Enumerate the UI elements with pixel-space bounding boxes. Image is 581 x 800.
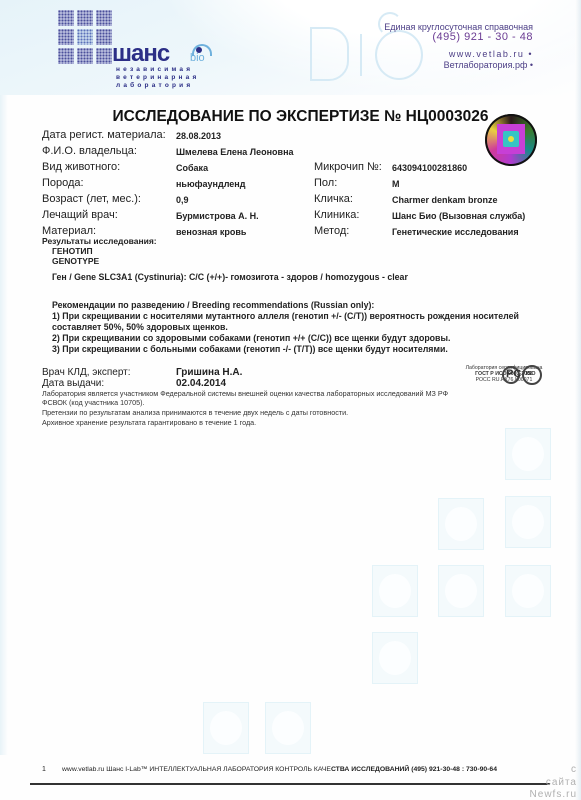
footer-rule [30,783,550,785]
paper-watermark [438,498,484,550]
paper-watermark [505,428,551,480]
field-label-owner: Ф.И.О. владельца: [42,145,137,157]
page-number: 1 [42,766,46,773]
logo-tagline: лаборатория [116,82,193,89]
website-link[interactable]: www.vetlab.ru • [449,49,533,59]
field-value-age: 0,9 [176,195,189,205]
note-line: ФСВОК (код участника 10705). [42,398,145,407]
results-heading: Результаты исследования: [42,236,157,246]
site-watermark: сайта [546,777,577,788]
paper-watermark [203,702,249,754]
field-value-sex: М [392,179,400,189]
note-line: Архивное хранение результата гарантирова… [42,418,256,427]
recommendation-item: 1) При скрещивании с носителями мутантно… [52,311,519,321]
paper-watermark [372,632,418,684]
field-value-microchip: 643094100281860 [392,163,467,173]
page-edge [0,95,8,755]
paper-watermark [438,565,484,617]
website-rf-link[interactable]: Ветлаборатория.рф • [444,60,533,70]
recommendation-item: 3) При скрещивании с больными собаками (… [52,344,448,354]
field-label-method: Метод: [314,225,349,237]
hologram-seal-icon [485,114,537,166]
issue-date: 02.04.2014 [176,378,226,389]
field-value-registration-date: 28.08.2013 [176,131,221,141]
field-label-clinic: Клиника: [314,209,359,221]
field-value-clinic: Шанс Био (Вызовная служба) [392,211,525,221]
logo-tagline: ветеринарная [116,74,199,81]
field-value-doctor: Бурмистрова А. Н. [176,211,259,221]
field-label-registration-date: Дата регист. материала: [42,129,166,141]
recommendation-item: составляет 50%, 50% здоровых щенков. [52,322,228,332]
field-label-microchip: Микрочип №: [314,161,382,173]
paper-watermark [265,702,311,754]
logo-wordmark: шанс [112,40,169,68]
field-value-name: Charmer denkam bronze [392,195,498,205]
field-label-name: Кличка: [314,193,353,205]
field-value-species: Собака [176,163,208,173]
expert-label: Врач КЛД, эксперт: [42,367,131,378]
field-value-method: Генетические исследования [392,227,519,237]
recommendation-item: 2) При скрещивании со здоровыми собаками… [52,333,450,343]
iso-certification-icon: ISO [522,365,542,385]
field-label-species: Вид животного: [42,161,120,173]
issue-date-label: Дата выдачи: [42,378,104,389]
footer-text: www.vetlab.ru Шанс I-Lab™ ИНТЕЛЛЕКТУАЛЬН… [62,766,497,773]
field-label-doctor: Лечащий врач: [42,209,118,221]
paper-watermark [505,565,551,617]
field-value-owner: Шмелева Елена Леоновна [176,147,294,157]
field-value-breed: ньюфаундленд [176,179,245,189]
genotype-heading-ru: ГЕНОТИП [52,246,93,256]
field-label-age: Возраст (лет, мес.): [42,193,141,205]
paper-watermark [372,565,418,617]
logo-tagline: независимая [116,66,193,73]
rst-certification-icon: PC [502,366,520,384]
genotype-heading-en: GENOTYPE [52,256,99,266]
field-value-material: венозная кровь [176,227,246,237]
hotline-phone: (495) 921 - 30 - 48 [432,31,533,43]
logo-cross-icon [58,10,112,64]
paper-watermark [505,496,551,548]
logo-bio-icon: bio [190,44,212,66]
site-watermark: Newfs.ru [530,789,577,800]
recommendations-heading: Рекомендации по разведению / Breeding re… [52,300,374,310]
note-line: Претензии по результатам анализа принима… [42,408,348,417]
note-line: Лаборатория является участником Федераль… [42,389,448,398]
field-label-sex: Пол: [314,177,337,189]
field-label-breed: Порода: [42,177,84,189]
expert-name: Гришина Н.А. [176,367,242,378]
gene-result: Ген / Gene SLC3A1 (Cystinuria): C/C (+/+… [52,272,408,282]
site-watermark: с [571,764,577,775]
